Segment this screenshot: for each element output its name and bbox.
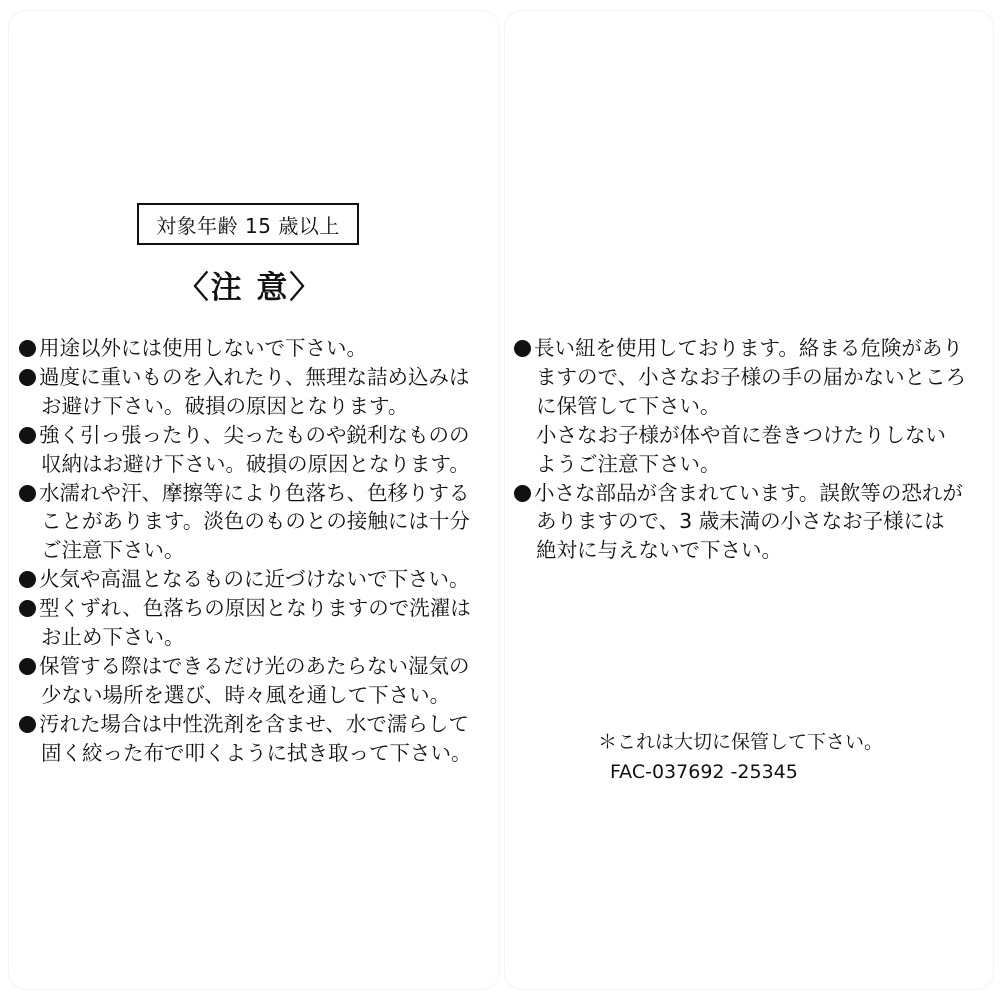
caution-line: 型くずれ、色落ちの原因となりますので洗濯は	[39, 594, 499, 623]
caution-line: 火気や高温となるものに近づけないで下さい。	[39, 565, 499, 594]
caution-line: ますので、小さなお子様の手の届かないところ	[534, 363, 994, 392]
caution-line: 汚れた場合は中性洗剤を含ませ、水で濡らして	[39, 710, 499, 739]
bullet-icon	[19, 716, 36, 733]
caution-line: 水濡れや汗、摩擦等により色落ち、色移りする	[39, 479, 499, 508]
bullet-icon	[19, 600, 36, 617]
caution-line: ことがあります。淡色のものとの接触には十分	[39, 507, 499, 536]
caution-item: 小さな部品が含まれています。誤飲等の恐れが ありますので、3 歳未満の小さなお子…	[514, 479, 994, 566]
caution-line: 小さなお子様が体や首に巻きつけたりしない	[534, 421, 994, 450]
bullet-icon	[19, 340, 36, 357]
caution-item: 強く引っ張ったり、尖ったものや鋭利なものの 収納はお避け下さい。破損の原因となり…	[19, 421, 499, 479]
caution-line: 過度に重いものを入れたり、無理な詰め込みは	[39, 363, 499, 392]
caution-line: 用途以外には使用しないで下さい。	[39, 334, 499, 363]
target-age-label: 対象年齢 15 歳以上	[156, 210, 340, 239]
right-caution-list: 長い紐を使用しております。絡まる危険があり ますので、小さなお子様の手の届かない…	[514, 334, 994, 565]
footer-note: ＊これは大切に保管して下さい。 FAC-037692 -25345	[598, 727, 898, 787]
bullet-icon	[19, 427, 36, 444]
bullet-icon	[19, 369, 36, 386]
keep-notice-text: ＊これは大切に保管して下さい。	[598, 727, 898, 757]
caution-line: 長い紐を使用しております。絡まる危険があり	[534, 334, 994, 363]
bullet-icon	[19, 571, 36, 588]
caution-line: ようご注意下さい。	[534, 450, 994, 479]
caution-line: ありますので、3 歳未満の小さなお子様には	[534, 507, 994, 536]
caution-line: お避け下さい。破損の原因となります。	[39, 392, 499, 421]
caution-item: 火気や高温となるものに近づけないで下さい。	[19, 565, 499, 594]
caution-item: 長い紐を使用しております。絡まる危険があり ますので、小さなお子様の手の届かない…	[514, 334, 994, 479]
caution-line: 小さな部品が含まれています。誤飲等の恐れが	[534, 479, 994, 508]
bullet-icon	[514, 340, 531, 357]
bullet-icon	[514, 485, 531, 502]
bullet-icon	[19, 658, 36, 675]
caution-line: 保管する際はできるだけ光のあたらない湿気の	[39, 652, 499, 681]
caution-item: 水濡れや汗、摩擦等により色落ち、色移りする ことがあります。淡色のものとの接触に…	[19, 479, 499, 566]
caution-item: 過度に重いものを入れたり、無理な詰め込みは お避け下さい。破損の原因となります。	[19, 363, 499, 421]
caution-line: 絶対に与えないで下さい。	[534, 536, 994, 565]
caution-item: 汚れた場合は中性洗剤を含ませ、水で濡らして 固く絞った布で叩くように拭き取って下…	[19, 710, 499, 768]
product-code: FAC-037692 -25345	[598, 757, 898, 787]
caution-heading: 〈注 意〉	[175, 262, 325, 307]
bullet-icon	[19, 485, 36, 502]
caution-line: 強く引っ張ったり、尖ったものや鋭利なものの	[39, 421, 499, 450]
caution-line: 少ない場所を選び、時々風を通して下さい。	[39, 681, 499, 710]
left-caution-list: 用途以外には使用しないで下さい。 過度に重いものを入れたり、無理な詰め込みは お…	[19, 334, 499, 768]
caution-line: に保管して下さい。	[534, 392, 994, 421]
caution-item: 型くずれ、色落ちの原因となりますので洗濯は お止め下さい。	[19, 594, 499, 652]
caution-line: お止め下さい。	[39, 623, 499, 652]
target-age-badge: 対象年齢 15 歳以上	[137, 203, 359, 245]
caution-item: 用途以外には使用しないで下さい。	[19, 334, 499, 363]
caution-line: 収納はお避け下さい。破損の原因となります。	[39, 450, 499, 479]
caution-item: 保管する際はできるだけ光のあたらない湿気の 少ない場所を選び、時々風を通して下さ…	[19, 652, 499, 710]
caution-line: 固く絞った布で叩くように拭き取って下さい。	[39, 739, 499, 768]
caution-line: ご注意下さい。	[39, 536, 499, 565]
